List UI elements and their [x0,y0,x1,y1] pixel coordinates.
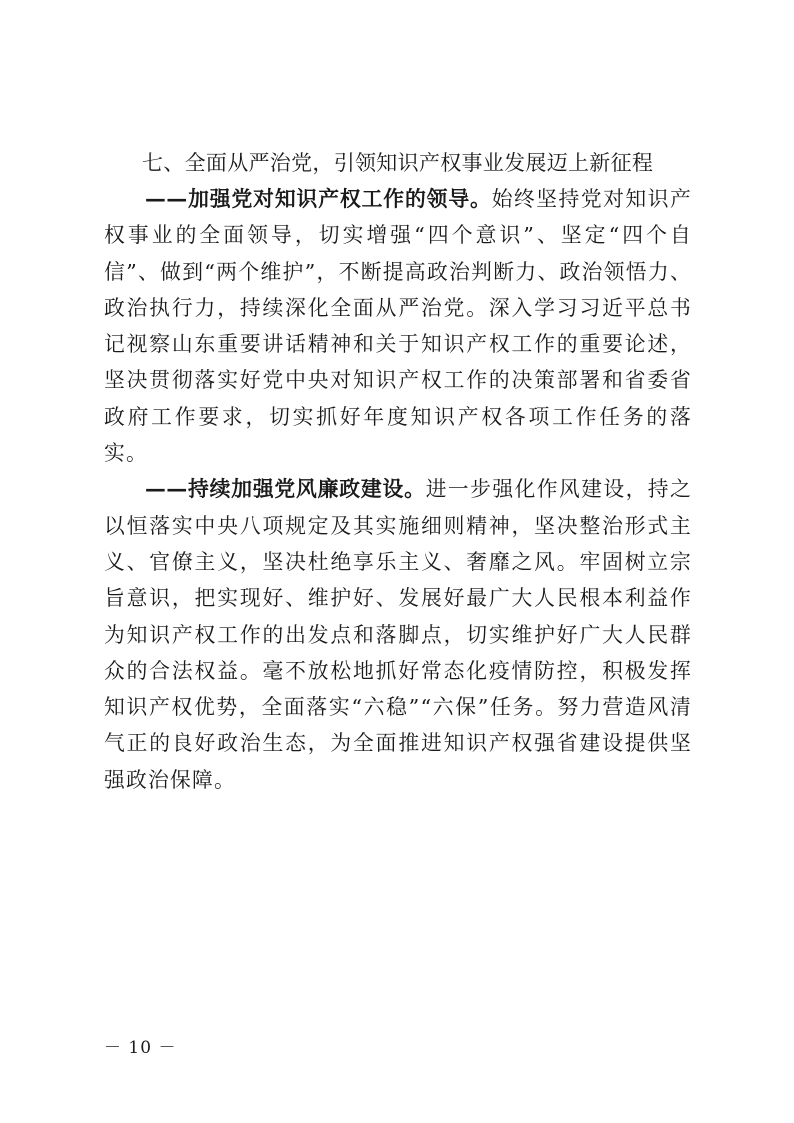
document-page: 七、全面从严治党，引领知识产权事业发展迈上新征程 ——加强党对知识产权工作的领导… [104,145,692,798]
paragraph-party-leadership: ——加强党对知识产权工作的领导。始终坚持党对知识产权事业的全面领导，切实增强“四… [104,181,692,471]
paragraph-lead: ——持续加强党风廉政建设。 [145,477,426,501]
paragraph-clean-governance: ——持续加强党风廉政建设。进一步强化作风建设，持之以恒落实中央八项规定及其实施细… [104,471,692,798]
page-number: － 10 － [104,1033,176,1058]
section-heading: 七、全面从严治党，引领知识产权事业发展迈上新征程 [104,145,692,181]
paragraph-lead: ——加强党对知识产权工作的领导。 [145,187,492,211]
paragraph-body: 始终坚持党对知识产权事业的全面领导，切实增强“四个意识”、坚定“四个自信”、做到… [104,187,692,465]
paragraph-body: 进一步强化作风建设，持之以恒落实中央八项规定及其实施细则精神，坚决整治形式主义、… [104,477,692,791]
